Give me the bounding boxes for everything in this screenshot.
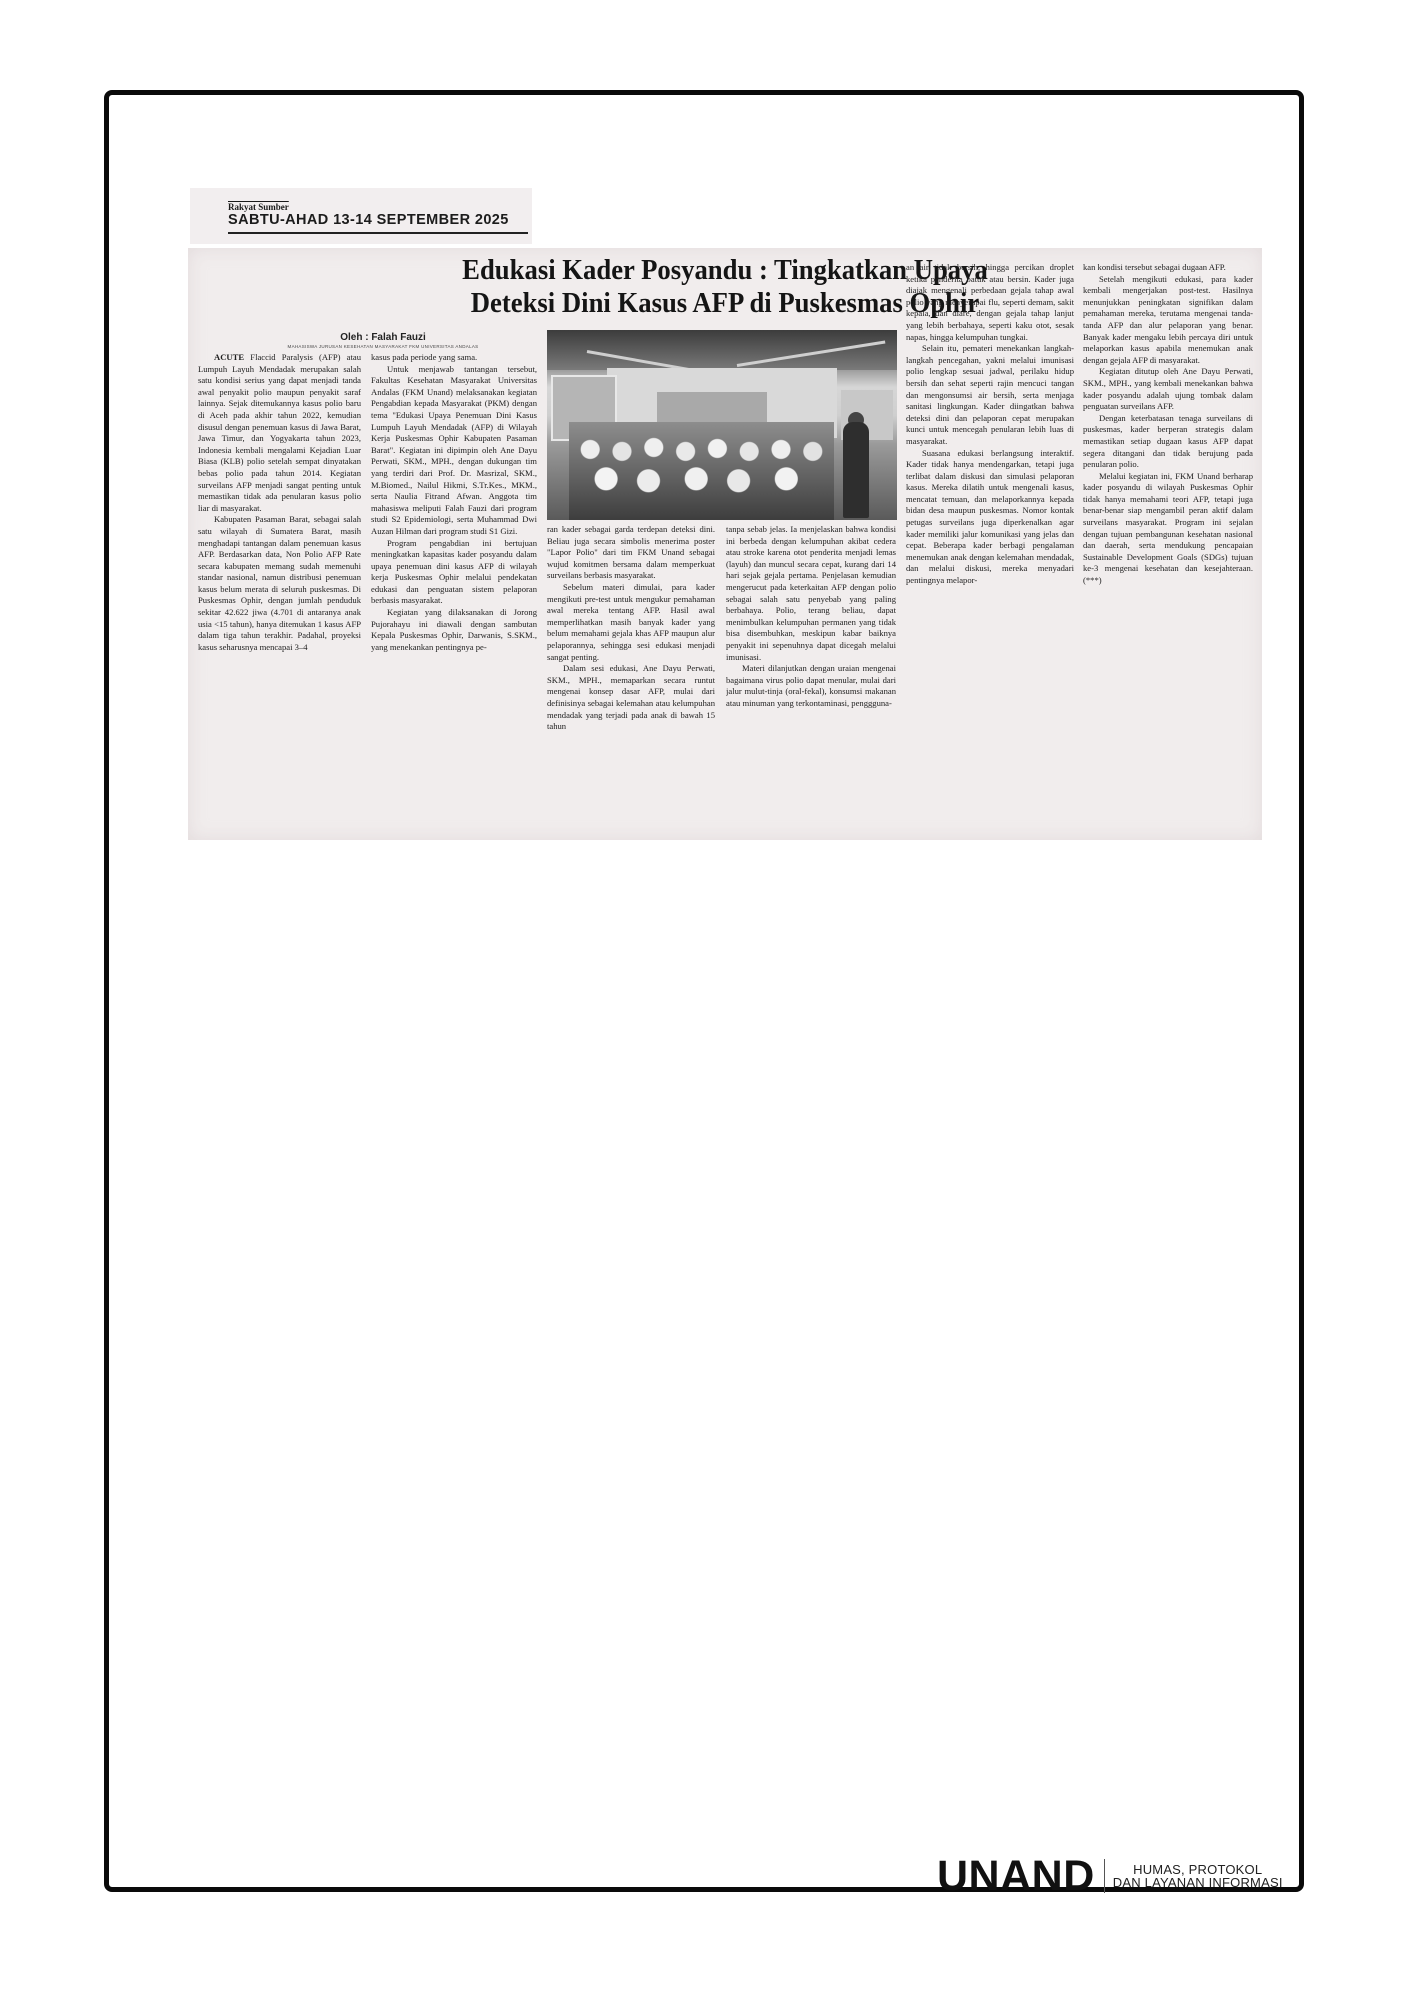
paragraph-text: Flaccid Paralysis (AFP) atau Lumpuh Layu…: [198, 352, 361, 513]
paragraph-text: Untuk menjawab tantangan tersebut, Fakul…: [371, 364, 537, 536]
article-paragraph: Dalam sesi edukasi, Ane Dayu Perwati, SK…: [547, 663, 715, 733]
article-paragraph: Dengan keterbatasan tenaga surveilans di…: [1083, 413, 1253, 471]
article-column-6: kan kondisi tersebut sebagai dugaan AFP.…: [1083, 262, 1253, 834]
paragraph-text: kasus pada periode yang sama.: [371, 352, 477, 362]
paragraph-text: Kegiatan yang dilaksanakan di Jorong Puj…: [371, 607, 537, 652]
publication-date: SABTU-AHAD 13-14 SEPTEMBER 2025: [228, 212, 509, 228]
article-paragraph: tanpa sebab jelas. Ia menjelaskan bahwa …: [726, 524, 896, 663]
author-name: Oleh : Falah Fauzi: [228, 332, 538, 343]
article-paragraph: kan kondisi tersebut sebagai dugaan AFP.: [1083, 262, 1253, 274]
article-column-5: an air tidak bersih, hingga percikan dro…: [906, 262, 1074, 834]
article-paragraph: Program pengabdian ini bertujuan meningk…: [371, 538, 537, 608]
article-paragraph: ACUTE Flaccid Paralysis (AFP) atau Lumpu…: [198, 352, 361, 514]
article-paragraph: kasus pada periode yang sama.: [371, 352, 537, 364]
article-paragraph: Suasana edukasi berlangsung interaktif. …: [906, 448, 1074, 587]
article-column-1: ACUTE Flaccid Paralysis (AFP) atau Lumpu…: [198, 352, 361, 834]
logo-subtitle-line-2: DAN LAYANAN INFORMASI: [1113, 1876, 1283, 1889]
paragraph-text: Setelah mengikuti edukasi, para kader ke…: [1083, 274, 1253, 365]
article-column-3: ran kader sebagai garda terdepan deteksi…: [547, 524, 715, 834]
article-paragraph: an air tidak bersih, hingga percikan dro…: [906, 262, 1074, 343]
paragraph-text: Program pengabdian ini bertujuan meningk…: [371, 538, 537, 606]
article-paragraph: Selain itu, pemateri menekankan langkah-…: [906, 343, 1074, 447]
article-column-4: tanpa sebab jelas. Ia menjelaskan bahwa …: [726, 524, 896, 834]
article-paragraph: Kegiatan yang dilaksanakan di Jorong Puj…: [371, 607, 537, 653]
newspaper-clipping: Edukasi Kader Posyandu : Tingkatkan Upay…: [188, 248, 1262, 840]
byline: Oleh : Falah Fauzi MAHASISWA JURUSAN KES…: [228, 332, 538, 349]
paragraph-text: Melalui kegiatan ini, FKM Unand berharap…: [1083, 471, 1253, 585]
paragraph-text: an air tidak bersih, hingga percikan dro…: [906, 262, 1074, 342]
article-column-2: kasus pada periode yang sama.Untuk menja…: [371, 352, 537, 834]
paragraph-text: Kabupaten Pasaman Barat, sebagai salah s…: [198, 514, 361, 652]
photo-standing-person: [843, 422, 869, 518]
paragraph-text: kan kondisi tersebut sebagai dugaan AFP.: [1083, 262, 1226, 272]
paragraph-text: Sebelum materi dimulai, para kader mengi…: [547, 582, 715, 662]
paragraph-text: Suasana edukasi berlangsung interaktif. …: [906, 448, 1074, 586]
article-paragraph: Materi dilanjutkan dengan uraian mengena…: [726, 663, 896, 709]
article-paragraph: Untuk menjawab tantangan tersebut, Fakul…: [371, 364, 537, 538]
article-paragraph: Kegiatan ditutup oleh Ane Dayu Perwati, …: [1083, 366, 1253, 412]
newspaper-masthead: Rakyat Sumber SABTU-AHAD 13-14 SEPTEMBER…: [190, 188, 532, 244]
logo-subtitle: HUMAS, PROTOKOL DAN LAYANAN INFORMASI: [1113, 1863, 1283, 1889]
masthead-rule: [228, 232, 528, 234]
logo-divider: [1104, 1859, 1105, 1893]
article-paragraph: Sebelum materi dimulai, para kader mengi…: [547, 582, 715, 663]
paragraph-text: Selain itu, pemateri menekankan langkah-…: [906, 343, 1074, 446]
paragraph-text: Materi dilanjutkan dengan uraian mengena…: [726, 663, 896, 708]
article-photo: [547, 330, 897, 520]
lead-word: ACUTE: [214, 352, 244, 362]
paragraph-text: ran kader sebagai garda terdepan deteksi…: [547, 524, 715, 580]
paragraph-text: tanpa sebab jelas. Ia menjelaskan bahwa …: [726, 524, 896, 662]
paragraph-text: Dalam sesi edukasi, Ane Dayu Perwati, SK…: [547, 663, 715, 731]
article-paragraph: Kabupaten Pasaman Barat, sebagai salah s…: [198, 514, 361, 653]
paragraph-text: Dengan keterbatasan tenaga surveilans di…: [1083, 413, 1253, 469]
unand-humas-logo: UNAND HUMAS, PROTOKOL DAN LAYANAN INFORM…: [937, 1853, 1283, 1899]
photo-group-of-people: [569, 422, 834, 520]
article-paragraph: ran kader sebagai garda terdepan deteksi…: [547, 524, 715, 582]
article-paragraph: Setelah mengikuti edukasi, para kader ke…: [1083, 274, 1253, 367]
paragraph-text: Kegiatan ditutup oleh Ane Dayu Perwati, …: [1083, 366, 1253, 411]
logo-wordmark: UNAND: [937, 1855, 1095, 1898]
photo-roof: [547, 330, 897, 370]
author-affiliation: MAHASISWA JURUSAN KESEHATAN MASYARAKAT F…: [228, 344, 538, 349]
article-paragraph: Melalui kegiatan ini, FKM Unand berharap…: [1083, 471, 1253, 587]
newspaper-name: Rakyat Sumber: [228, 202, 289, 212]
